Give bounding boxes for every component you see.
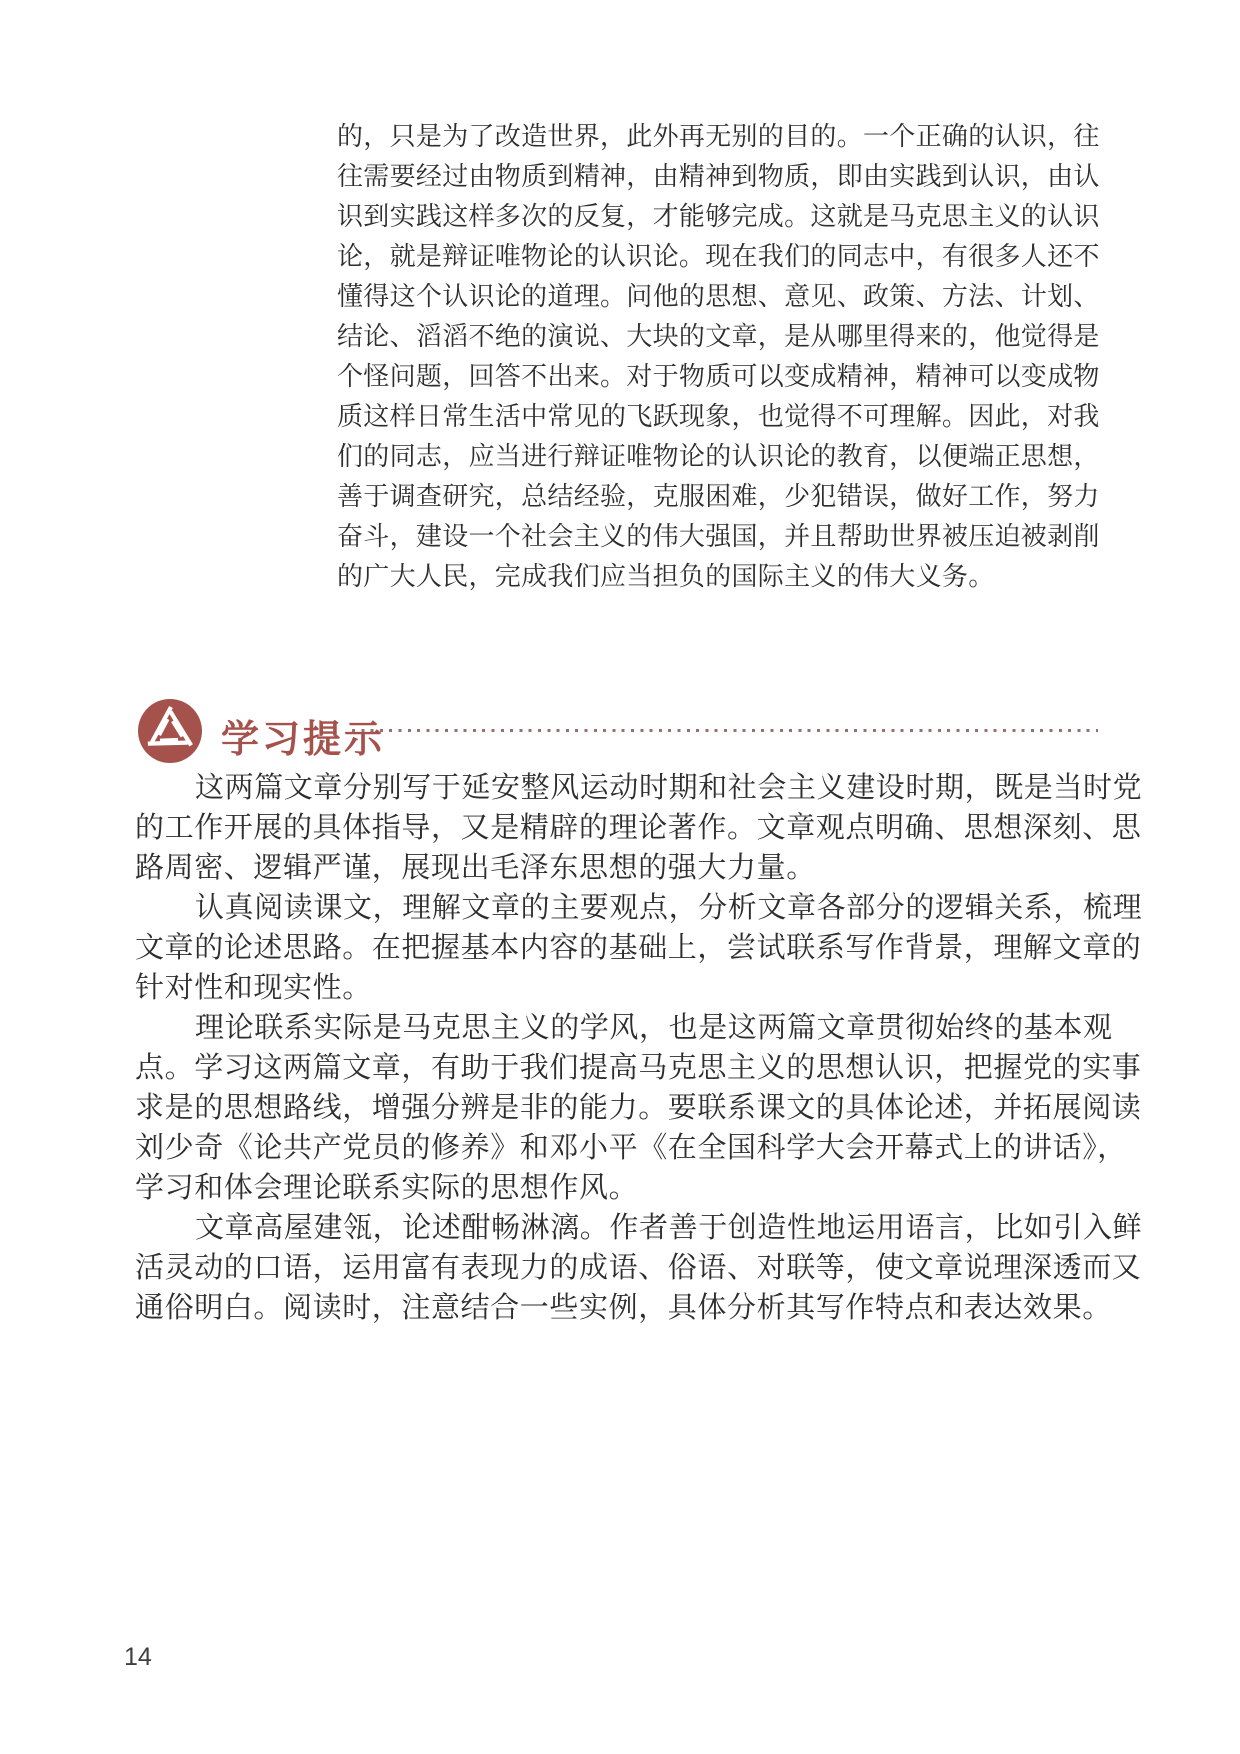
tips-line: 文章的论述思路。在把握基本内容的基础上，尝试联系写作背景，理解文章的 (135, 928, 1147, 968)
textbook-page: 的，只是为了改造世界，此外再无别的目的。一个正确的认识，往 往需要经过由物质到精… (0, 0, 1240, 1754)
study-tips-title: 学习提示 (221, 708, 385, 763)
tips-line: 理论联系实际是马克思主义的学风，也是这两篇文章贯彻始终的基本观 (135, 1008, 1147, 1048)
excerpt-line: 奋斗，建设一个社会主义的伟大强国，并且帮助世界被压迫被剥削 (337, 517, 1112, 557)
tips-line: 文章高屋建瓴，论述酣畅淋漓。作者善于创造性地运用语言，比如引入鲜 (135, 1208, 1147, 1248)
excerpt-paragraph: 的，只是为了改造世界，此外再无别的目的。一个正确的认识，往 往需要经过由物质到精… (337, 117, 1112, 597)
tips-line: 通俗明白。阅读时，注意结合一些实例，具体分析其写作特点和表达效果。 (135, 1288, 1147, 1328)
tips-line: 学习和体会理论联系实际的思想作风。 (135, 1168, 1147, 1208)
tips-line: 针对性和现实性。 (135, 968, 1147, 1008)
excerpt-line: 识到实践这样多次的反复，才能够完成。这就是马克思主义的认识 (337, 197, 1112, 237)
tips-line: 刘少奇《论共产党员的修养》和邓小平《在全国科学大会开幕式上的讲话》， (135, 1128, 1147, 1168)
excerpt-line: 们的同志，应当进行辩证唯物论的认识论的教育，以便端正思想， (337, 437, 1112, 477)
excerpt-line: 懂得这个认识论的道理。问他的思想、意见、政策、方法、计划、 (337, 277, 1112, 317)
tips-line: 求是的思想路线，增强分辨是非的能力。要联系课文的具体论述，并拓展阅读 (135, 1088, 1147, 1128)
excerpt-line: 的广大人民，完成我们应当担负的国际主义的伟大义务。 (337, 557, 1112, 597)
page-number: 14 (124, 1643, 152, 1672)
tips-line: 认真阅读课文，理解文章的主要观点，分析文章各部分的逻辑关系，梳理 (135, 888, 1147, 928)
publisher-logo-icon (138, 699, 202, 763)
tips-line: 的工作开展的具体指导，又是精辟的理论著作。文章观点明确、思想深刻、思 (135, 808, 1147, 848)
excerpt-line: 往需要经过由物质到精神，由精神到物质，即由实践到认识，由认 (337, 157, 1112, 197)
excerpt-line: 论，就是辩证唯物论的认识论。现在我们的同志中，有很多人还不 (337, 237, 1112, 277)
tips-line: 活灵动的口语，运用富有表现力的成语、俗语、对联等，使文章说理深透而又 (135, 1248, 1147, 1288)
tips-line: 这两篇文章分别写于延安整风运动时期和社会主义建设时期，既是当时党 (135, 768, 1147, 808)
excerpt-line: 个怪问题，回答不出来。对于物质可以变成精神，精神可以变成物 (337, 357, 1112, 397)
study-tips-body: 这两篇文章分别写于延安整风运动时期和社会主义建设时期，既是当时党 的工作开展的具… (135, 768, 1147, 1328)
excerpt-line: 的，只是为了改造世界，此外再无别的目的。一个正确的认识，往 (337, 117, 1112, 157)
excerpt-line: 善于调查研究，总结经验，克服困难，少犯错误，做好工作，努力 (337, 477, 1112, 517)
tips-line: 路周密、逻辑严谨，展现出毛泽东思想的强大力量。 (135, 848, 1147, 888)
excerpt-line: 质这样日常生活中常见的飞跃现象，也觉得不可理解。因此，对我 (337, 397, 1112, 437)
dotted-rule (352, 729, 1098, 732)
excerpt-line: 结论、滔滔不绝的演说、大块的文章，是从哪里得来的，他觉得是 (337, 317, 1112, 357)
tips-line: 点。学习这两篇文章，有助于我们提高马克思主义的思想认识，把握党的实事 (135, 1048, 1147, 1088)
